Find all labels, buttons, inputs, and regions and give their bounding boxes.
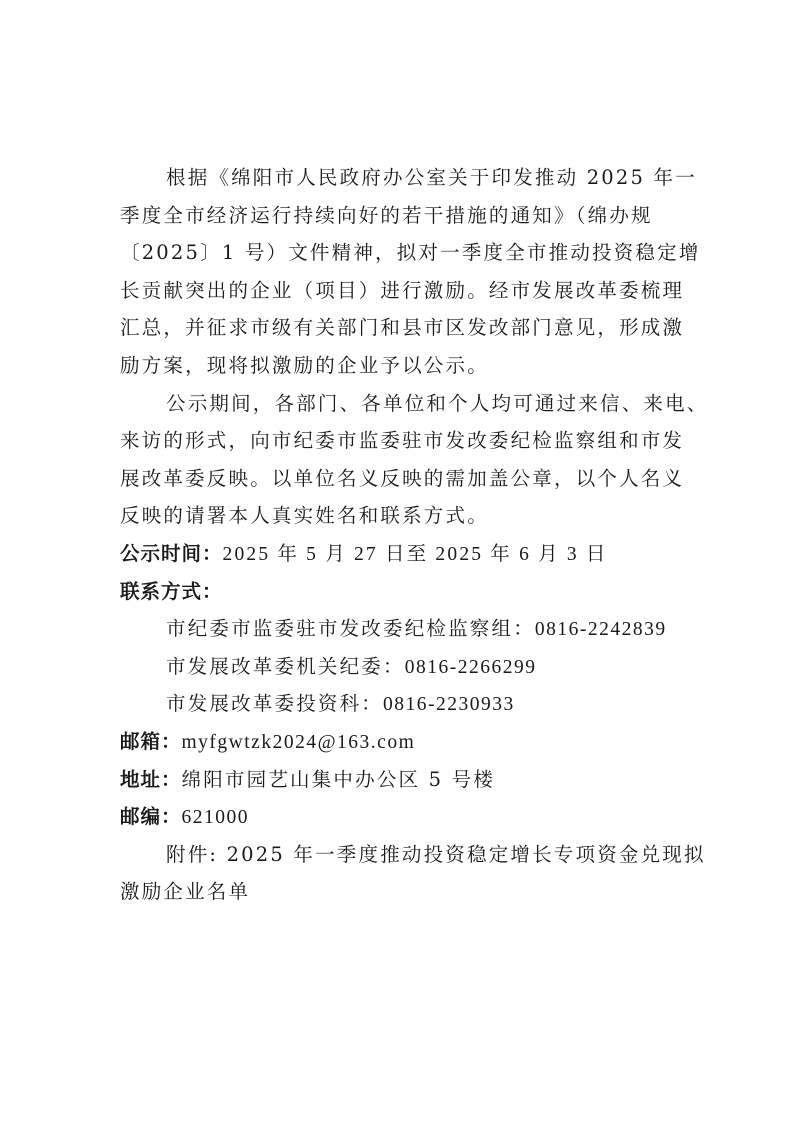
publicity-period-value: 2025 年 5 月 27 日至 2025 年 6 月 3 日 — [223, 544, 608, 565]
email-value: myfgwtzk2024@163.com — [182, 732, 416, 753]
postcode-line: 邮编：621000 — [120, 798, 673, 836]
publicity-period: 公示时间：2025 年 5 月 27 日至 2025 年 6 月 3 日 — [120, 535, 673, 573]
contact-item: 市发展改革委投资科：0816-2230933 — [120, 685, 673, 723]
contact-phone: 0816-2230933 — [383, 694, 515, 715]
address-value: 绵阳市园艺山集中办公区 5 号楼 — [182, 768, 496, 791]
text-line: 汇总，并征求市级有关部门和县市区发改部门意见，形成激 — [120, 309, 673, 347]
attachment-note: 附件: 2025 年一季度推动投资稳定增长专项资金兑现拟 激励企业名单 — [120, 836, 673, 911]
contact-label: 联系方式： — [120, 580, 223, 603]
address-line: 地址：绵阳市园艺山集中办公区 5 号楼 — [120, 761, 673, 799]
publicity-period-label: 公示时间： — [120, 542, 223, 565]
supervision-paragraph: 公示期间，各部门、各单位和个人均可通过来信、来电、 来访的形式，向市纪委市监委驻… — [120, 385, 673, 535]
contact-name: 市发展改革委投资科： — [166, 692, 383, 715]
text-line: 来访的形式，向市纪委市监委驻市发改委纪检监察组和市发 — [120, 422, 673, 460]
contact-heading: 联系方式： — [120, 573, 673, 611]
contact-phone: 0816-2242839 — [535, 619, 667, 640]
document-page: 根据《绵阳市人民政府办公室关于印发推动 2025 年一 季度全市经济运行持续向好… — [120, 159, 673, 911]
text-line: 根据《绵阳市人民政府办公室关于印发推动 2025 年一 — [120, 159, 673, 197]
text-line: 公示期间，各部门、各单位和个人均可通过来信、来电、 — [120, 385, 673, 423]
email-line: 邮箱：myfgwtzk2024@163.com — [120, 723, 673, 761]
contact-phone: 0816-2266299 — [405, 657, 537, 678]
text-line: 展改革委反映。以单位名义反映的需加盖公章，以个人名义 — [120, 460, 673, 498]
postcode-label: 邮编： — [120, 805, 182, 828]
address-label: 地址： — [120, 768, 182, 791]
postcode-value: 621000 — [182, 807, 250, 828]
contact-name: 市纪委市监委驻市发改委纪检监察组： — [166, 617, 535, 640]
email-label: 邮箱： — [120, 730, 182, 753]
text-line: 长贡献突出的企业（项目）进行激励。经市发展改革委梳理 — [120, 272, 673, 310]
intro-paragraph: 根据《绵阳市人民政府办公室关于印发推动 2025 年一 季度全市经济运行持续向好… — [120, 159, 673, 385]
text-line: 附件: 2025 年一季度推动投资稳定增长专项资金兑现拟 — [120, 836, 673, 874]
text-line: 〔2025〕1 号）文件精神，拟对一季度全市推动投资稳定增 — [120, 234, 673, 272]
text-line: 激励企业名单 — [120, 873, 673, 911]
contact-item: 市发展改革委机关纪委：0816-2266299 — [120, 648, 673, 686]
text-line: 励方案，现将拟激励的企业予以公示。 — [120, 347, 673, 385]
contact-name: 市发展改革委机关纪委： — [166, 655, 405, 678]
text-line: 反映的请署本人真实姓名和联系方式。 — [120, 497, 673, 535]
text-line: 季度全市经济运行持续向好的若干措施的通知》（绵办规 — [120, 197, 673, 235]
contact-item: 市纪委市监委驻市发改委纪检监察组：0816-2242839 — [120, 610, 673, 648]
